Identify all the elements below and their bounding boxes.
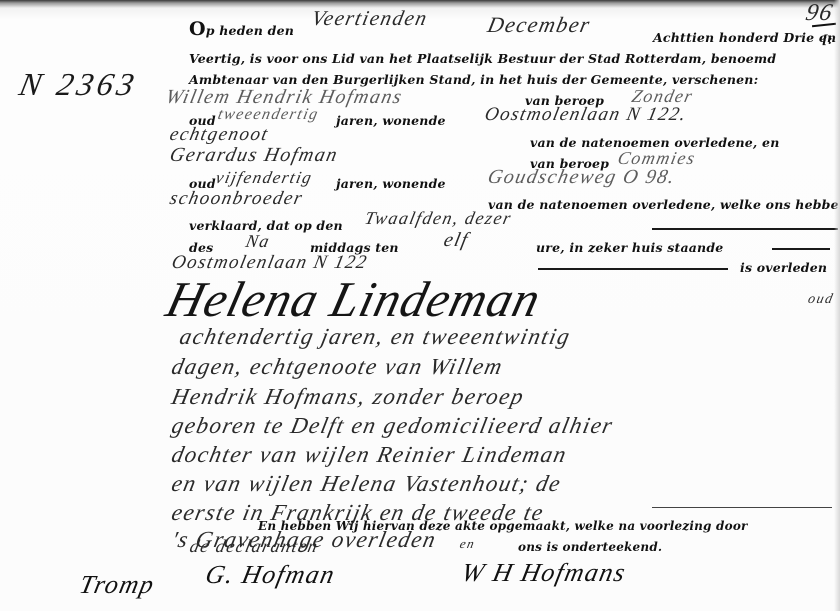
signature-official: Tromp: [77, 570, 158, 600]
blank-line-1: [652, 228, 838, 230]
printed-closing-1: En hebben Wij hiervan deze akte opgemaak…: [258, 519, 748, 533]
hour: elf: [442, 229, 471, 252]
blank-line-4: [652, 507, 832, 508]
document-page: 96 [: N 2363 Op heden den Veertienden De…: [0, 0, 840, 611]
body-line: dagen, echtgenoote van Willem: [169, 354, 505, 380]
printed-year-part1: Achttien honderd Drie en: [653, 30, 836, 45]
read-by: de declaranten: [188, 536, 321, 557]
deceased-name-suffix: oud: [806, 292, 835, 308]
informant1-age: tweeendertig: [216, 106, 320, 124]
time-of-day: Na: [244, 231, 272, 252]
printed-op-heden-den: Op heden den: [189, 18, 294, 40]
deceased-name: Helena Lindeman: [161, 270, 547, 328]
informant1-relation: echtgenoot: [168, 124, 271, 146]
printed-ure-huis: ure, in zeker huis staande: [536, 240, 723, 255]
informant2-relation: schoonbroeder: [168, 188, 305, 210]
signature-witness-1: G. Hofman: [203, 560, 338, 590]
printed-is-overleden: is overleden: [740, 260, 827, 275]
printed-line-2: Veertig, is voor ons Lid van het Plaatse…: [189, 51, 776, 66]
read-by-suffix: en: [458, 536, 477, 552]
printed-closing-2: ons is onderteekend.: [518, 540, 662, 554]
informant1-address: Oostmolenlaan N 122.: [483, 104, 689, 126]
body-line: dochter van wijlen Reinier Lindeman: [169, 442, 569, 468]
death-day: Twaalfden, dezer: [363, 208, 514, 229]
printed-jaren-wonende-1: jaren, wonende: [336, 113, 446, 128]
body-line: en van wijlen Helena Vastenhout; de: [169, 471, 564, 497]
handwritten-day: Veertienden: [309, 6, 430, 31]
informant2-name: Gerardus Hofman: [168, 144, 341, 167]
informant2-address: Goudscheweg O 98.: [486, 166, 678, 189]
informant2-age: vijfendertig: [214, 168, 315, 188]
signature-witness-2: W H Hofmans: [459, 558, 629, 588]
handwritten-month: December: [485, 12, 593, 38]
body-line: geboren te Delft en gedomicilieerd alhie…: [169, 413, 616, 439]
blank-line-3: [538, 268, 728, 270]
body-line: achtendertig jaren, en tweeentwintig: [177, 324, 573, 350]
body-line: Hendrik Hofmans, zonder beroep: [169, 384, 527, 410]
register-number: N 2363: [16, 66, 141, 103]
printed-jaren-wonende-2: jaren, wonende: [336, 176, 446, 191]
printed-van-de-natenoemen-2: van de natenoemen overledene, welke ons …: [488, 197, 840, 212]
printed-line-3: Ambtenaar van den Burgerlijken Stand, in…: [189, 72, 758, 87]
blank-line-2: [772, 248, 830, 250]
